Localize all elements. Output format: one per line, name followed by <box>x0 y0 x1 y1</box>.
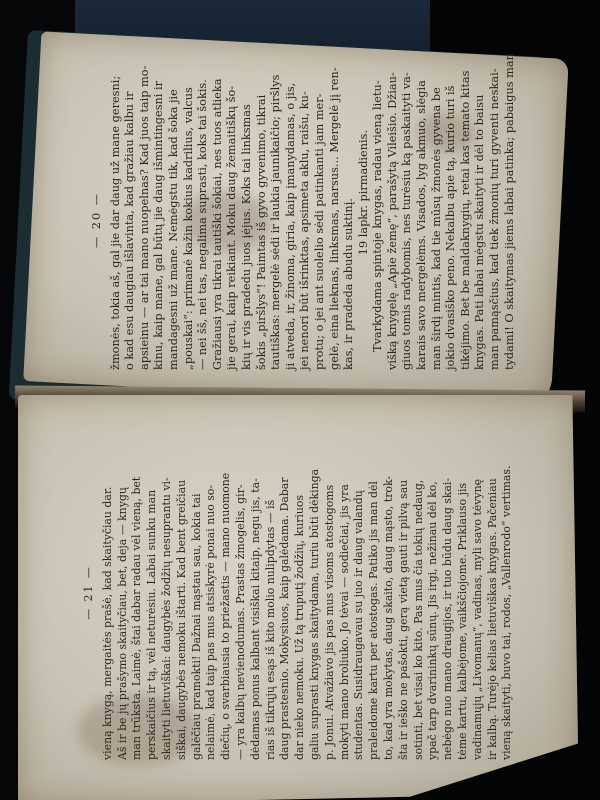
text-line: nelaimė, kad taip pas mus atsiskyrė pona… <box>204 425 219 760</box>
text-line: daug prastesnio. Mokysiuos, kaip galėdam… <box>278 425 293 760</box>
text-line: Tvarkydama spintoje knygas, radau vieną … <box>371 70 386 370</box>
text-line: p. Jonui. Atvažiavo jis pas mus visoms a… <box>323 425 338 760</box>
text-line: vieną knygą, mergaitės prašė, kad skaity… <box>101 425 116 760</box>
text-line: „pouskai“: primanė kažin kokius kadriliu… <box>182 70 197 370</box>
page-number: — 20 — <box>90 70 105 370</box>
text-line: o kad esu daugiau išlavinta, kad gražiau… <box>123 70 138 370</box>
text-line: Aš ir be jų prašymo skaityčiau, bet, dej… <box>116 425 131 760</box>
text-line: kinu, kaip mane, gal būtų jie daug išmin… <box>152 70 167 370</box>
text-line: — yra kalbų nevienodumas. Prastas žmogel… <box>234 425 249 760</box>
text-line: apsieinu — ar tai mano nuopelnas? Kad ju… <box>138 70 153 370</box>
text-line: ir kalbą. Turėjo kelias lietuviškas knyg… <box>486 425 501 760</box>
text-line: šta ir ieško ne pašokti, gerą vietą gaut… <box>397 425 412 760</box>
text-line: studentas. Susidraugavau su juo ir daug … <box>352 425 367 760</box>
text-line: ji atveda, ir, žinoma, giria, kaip įmany… <box>284 70 299 370</box>
page-20-text: — 20 — žmonės, tokia aš, gal jie dar dau… <box>90 70 517 370</box>
text-line: praleidome kartu per atostogas. Patiko j… <box>367 425 382 760</box>
text-line: višką knygelę „Apie žemę“, parašytą Vile… <box>386 70 401 370</box>
text-line: protu; o jei ant suolelio sėdi patinkant… <box>313 70 328 370</box>
text-line: siškai, daugybės nemoku ištarti. Kad ben… <box>175 425 190 760</box>
text-line: man pamąsčius, kad tiek žmonių turi gyve… <box>488 70 503 370</box>
text-line: žmonės, tokia aš, gal jie dar daug už ma… <box>109 70 124 370</box>
text-line: kių ir vis pradedu juos įėjus. Koks tai … <box>240 70 255 370</box>
text-line: tikėjimo. Bet be maldaknygių, retai kas … <box>459 70 474 370</box>
text-line: diečių, o svarbiausia to priežastis — ma… <box>219 425 234 760</box>
text-line: nebėgo nuo mano draugijos, ir tuo būdu d… <box>441 425 456 760</box>
text-line: man trūksta. Laimė, štai dabar radau vėl… <box>130 425 145 760</box>
text-line: vieną skaityti, buvo tai, rodos, „Vallen… <box>500 425 515 760</box>
text-line: jokio dvasiško peno. Nekalbu apie tą, ku… <box>444 70 459 370</box>
text-line: jie gerai, kaip reikiant. Moku daug žema… <box>225 70 240 370</box>
text-line: ypač tarp dvarininkų sūnų. Jis irgi, než… <box>426 425 441 760</box>
text-line: karais savo mergelėms. Visados, lyg akmu… <box>415 70 430 370</box>
text-line: mandagesni už mane. Nemėgstu tik, kad šo… <box>167 70 182 370</box>
text-line: giuos tomis radybomis, nes turėsiu ką pa… <box>400 70 415 370</box>
text-line: galėčiau pramokti! Dažnai mąstau sau, ko… <box>190 425 205 760</box>
text-line: galiu suprasti knygas skaitydama, turiu … <box>308 425 323 760</box>
text-line: vadinamųjų „Livomanų“, vadinas, myli sav… <box>471 425 486 760</box>
text-line: Gražiausi yra tikrai tautiški šokiai, ne… <box>211 70 226 370</box>
text-line: skaityti lietuviškai: daugybės žodžių ne… <box>160 425 175 760</box>
text-line: sotinti, bet visai ko kito. Pas mus čia … <box>412 425 427 760</box>
text-line: knygas. Pati labai mėgstu skaityti ir dė… <box>473 70 488 370</box>
text-line: — nei šš, nei tas, negalima suprasti, ko… <box>196 70 211 370</box>
diary-date-heading: 19 lapkr. pirmadienis. <box>357 70 372 370</box>
text-line: dar nieko nemoku. Už tą truputį žodžių, … <box>293 425 308 760</box>
text-line: tautiškas: mergelė sėdi ir laukia jaunik… <box>269 70 284 370</box>
page-number: — 21 — <box>82 425 97 760</box>
text-line: tydami! O skaitymas jiems labai patinka;… <box>503 70 518 370</box>
text-line: kas, ir pradeda abudu suktinį. <box>342 70 357 370</box>
text-line: šokis „piršlys“! Paimtas iš gyvo gyvenim… <box>255 70 270 370</box>
text-line: mokyti mano broliuko. Jo tėvai — sodieči… <box>338 425 353 760</box>
page-21-text: — 21 — vieną knygą, mergaitės prašė, kad… <box>82 425 515 760</box>
text-line: jei nenori būt išrinktas, apsimeta aklu,… <box>298 70 313 370</box>
text-line: rias iš tikrųjų esąs iš kito molio nulip… <box>264 425 279 760</box>
text-line: dėdamas ponus kalbant visiškai kitaip, n… <box>249 425 264 760</box>
text-line: perskaičius ir tą, vėl neturėsiu. Labai … <box>145 425 160 760</box>
text-line: gelė, eina lieknas, linksmas, narsus... … <box>328 70 343 370</box>
text-line: to, kad yra mokytas, daug skaito, daug m… <box>382 425 397 760</box>
text-line: man širdį mintis, kad tie mūsų žmonės gy… <box>430 70 445 370</box>
text-line: tėme kartu, kalbėjome, vaikščiojome. Pri… <box>456 425 471 760</box>
